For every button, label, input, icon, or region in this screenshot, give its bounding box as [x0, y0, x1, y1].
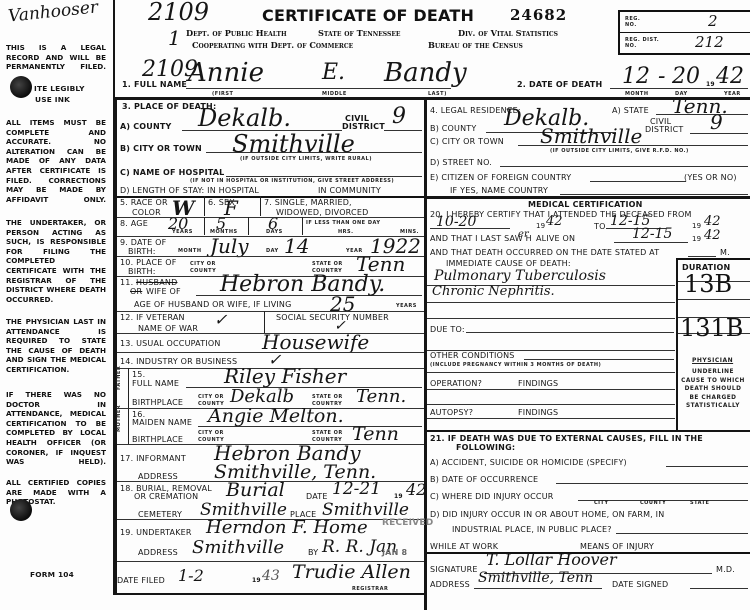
- margin-note: Vanhooser: [7, 0, 99, 27]
- reg-no-label: REG. NO.: [625, 16, 653, 28]
- instruction-physician: THE PHYSICIAN LAST IN ATTENDANCE IS REQU…: [6, 317, 106, 375]
- file-number-top: 2109: [148, 0, 209, 26]
- undertaker-label: 19. UNDERTAKER: [120, 528, 192, 537]
- days-sublabel: DAYS: [266, 229, 283, 235]
- informant-label: 17. INFORMANT: [120, 454, 186, 463]
- header-bureau: Bureau of the Census: [428, 40, 523, 50]
- stay-community-label: IN COMMUNITY: [318, 186, 381, 195]
- immediate-cause-label: IMMEDIATE CAUSE OF DEATH:: [446, 259, 571, 268]
- burial-year: 42: [406, 480, 426, 499]
- dob-label-2: BIRTH:: [128, 247, 156, 256]
- header-dept: Dept. of Public Health: [186, 28, 287, 38]
- form-number: FORM 104: [30, 570, 74, 579]
- injury-place-label: D) DID INJURY OCCUR IN OR ABOUT HOME, ON…: [430, 510, 664, 519]
- accident-label: A) ACCIDENT, SUICIDE OR HOMICIDE (SPECIF…: [430, 458, 627, 467]
- by-label: BY: [308, 548, 318, 557]
- ssn-label: SOCIAL SECURITY NUMBER: [276, 313, 389, 322]
- cemetery-label: CEMETERY: [138, 510, 182, 519]
- spouse-or-struck: OR: [130, 287, 142, 296]
- physician-title: PHYSICIAN: [692, 357, 733, 364]
- spouse-husband-struck: HUSBAND: [136, 278, 177, 287]
- death-district: 9: [392, 104, 406, 129]
- cause-secondary: Chronic Nephritis.: [432, 284, 555, 299]
- date-filed: 1-2: [178, 566, 204, 585]
- injury-state-label: STATE: [690, 500, 709, 506]
- marital-label-2: WIDOWED, DIVORCED: [276, 208, 368, 217]
- instruction-use-ink: USE INK: [35, 95, 70, 104]
- spouse-num: 11.: [120, 278, 133, 287]
- veteran-label: 12. IF VETERAN: [120, 313, 185, 322]
- alive-on-label: ALIVE ON: [536, 234, 575, 243]
- punch-hole-icon: [10, 76, 32, 98]
- less-than-day-label: IF LESS THAN ONE DAY: [306, 220, 380, 226]
- father-side-label: FATHER: [116, 366, 122, 390]
- res-county-label: B) COUNTY: [430, 124, 476, 133]
- mother-name-label: MAIDEN NAME: [132, 418, 192, 427]
- header-cooperating: Cooperating with Dept. of Commerce: [192, 40, 353, 50]
- mother-side-label: MOTHER: [116, 405, 122, 432]
- father-birth-city: Dekalb: [230, 386, 294, 407]
- alive-century: 19: [692, 235, 701, 243]
- operation-findings-label: FINDINGS: [518, 379, 558, 388]
- spouse-name: Hebron Bandy.: [220, 272, 385, 297]
- res-city-note: (IF OUTSIDE CITY LIMITS, GIVE R.F.D. NO.…: [550, 148, 689, 154]
- filed-century: 19: [252, 577, 261, 584]
- pob-label: 10. PLACE OF: [120, 258, 177, 267]
- other-conditions-label: OTHER CONDITIONS: [430, 351, 515, 360]
- instruction-undertaker: THE UNDERTAKER, OR PERSON ACTING AS SUCH…: [6, 218, 106, 304]
- md-label: M.D.: [716, 565, 735, 574]
- burial-date: 12-21: [332, 479, 381, 499]
- dob-day-label: DAY: [266, 248, 279, 254]
- page-title: CERTIFICATE OF DEATH: [262, 6, 474, 25]
- occupation-label: 13. USUAL OCCUPATION: [120, 339, 221, 348]
- hrs-sublabel: HRS.: [338, 229, 354, 235]
- undertaker-address: Smithville: [192, 537, 284, 558]
- father-num: 15.: [132, 370, 145, 379]
- death-day: 20: [672, 64, 700, 89]
- physician-address-label: ADDRESS: [430, 580, 470, 589]
- pob-state-label: STATE OR: [312, 261, 343, 267]
- occurred-label: AND THAT DEATH OCCURRED ON THE DATE STAT…: [430, 248, 659, 257]
- last-saw-pronoun: er: [518, 229, 529, 240]
- instruction-legal-record: THIS IS A LEGAL RECORD AND WILL BE PERMA…: [6, 43, 106, 72]
- first-name: Annie: [188, 58, 264, 88]
- physician-signature: T. Lollar Hoover: [486, 550, 617, 569]
- reg-no-value: 2: [708, 12, 718, 30]
- received-stamp: RECEIVED: [382, 518, 433, 528]
- from-year: 42: [546, 214, 563, 229]
- cremation-label: OR CREMATION: [134, 492, 198, 501]
- date-of-death-label: 2. DATE OF DEATH: [517, 80, 602, 89]
- pob-county-label: COUNTY: [190, 268, 216, 274]
- from-century: 19: [536, 222, 545, 230]
- industry-label: 14. INDUSTRY OR BUSINESS: [120, 357, 237, 366]
- autopsy-findings-label: FINDINGS: [518, 408, 558, 417]
- city-note: (IF OUTSIDE CITY LIMITS, WRITE RURAL): [240, 156, 372, 162]
- res-district: 9: [710, 110, 723, 134]
- race-label: 5. RACE OR: [120, 198, 168, 207]
- citizen-label: E) CITIZEN OF FOREIGN COUNTRY: [430, 173, 571, 182]
- hospital-label: C) NAME OF HOSPITAL: [120, 168, 224, 177]
- injury-city-label: CITY: [594, 500, 609, 506]
- death-county: Dekalb.: [198, 104, 291, 132]
- certificate-number: 24682: [510, 6, 567, 24]
- registrar-label: REGISTRAR: [352, 586, 388, 592]
- dob-month-label: MONTH: [178, 248, 202, 254]
- age-label: 8. AGE: [120, 219, 148, 228]
- spouse-years-label: YEARS: [396, 303, 417, 309]
- length-of-stay-label: D) LENGTH OF STAY: IN HOSPITAL: [120, 186, 259, 195]
- father-state-label: STATE OR: [312, 394, 343, 400]
- death-year: 42: [716, 64, 744, 89]
- to-year: 42: [704, 214, 721, 229]
- dob-day: 14: [284, 234, 309, 258]
- mother-birthplace-label: BIRTHPLACE: [132, 435, 183, 444]
- physician-address: Smithville, Tenn: [478, 570, 593, 586]
- injury-location-label: C) WHERE DID INJURY OCCUR: [430, 492, 554, 501]
- alive-on: 12-15: [632, 226, 672, 242]
- informant-address-label: ADDRESS: [138, 472, 178, 481]
- death-city: Smithville: [232, 130, 355, 158]
- following-label: FOLLOWING:: [456, 443, 515, 452]
- alive-year: 42: [704, 228, 721, 243]
- jan-stamp: JAN 8: [382, 548, 407, 557]
- father-name-label: FULL NAME: [132, 379, 179, 388]
- res-city-label: C) CITY OR TOWN: [430, 137, 504, 146]
- to-label: TO: [594, 222, 606, 231]
- registrar-name: Trudie Allen: [292, 561, 411, 583]
- war-value: ✓: [214, 310, 227, 329]
- dob-label: 9. DATE OF: [120, 238, 166, 247]
- filed-year: 43: [262, 568, 280, 584]
- mother-name: Angie Melton.: [208, 405, 344, 427]
- marital-label: 7. SINGLE, MARRIED,: [264, 198, 352, 207]
- hospital-note: (IF NOT IN HOSPITAL OR INSTITUTION, GIVE…: [190, 178, 394, 184]
- middle-name: E.: [322, 60, 345, 85]
- burial-century: 19: [394, 493, 403, 500]
- last-name: Bandy: [384, 58, 467, 88]
- to-century: 19: [692, 222, 701, 230]
- war-label: NAME OF WAR: [138, 324, 198, 333]
- father-city-label: CITY OR: [198, 394, 224, 400]
- instructions-column: Vanhooser THIS IS A LEGAL RECORD AND WIL…: [0, 0, 113, 610]
- operation-label: OPERATION?: [430, 379, 482, 388]
- reg-dist-label: REG. DIST. NO.: [625, 37, 665, 49]
- header-state: State of Tennessee: [318, 28, 401, 38]
- due-to-label: DUE TO:: [430, 325, 465, 334]
- dob-month: July: [210, 234, 249, 258]
- death-month: 12: [622, 64, 650, 89]
- cause-primary: Pulmonary Tuberculosis: [434, 268, 606, 284]
- citizen-note: (YES OR NO): [684, 173, 737, 182]
- instruction-write-legibly: ITE LEGIBLY: [34, 84, 85, 93]
- pob-label-2: BIRTH:: [128, 267, 156, 276]
- disposition: Burial: [226, 479, 285, 501]
- physician-note: UNDERLINE CAUSE TO WHICH DEATH SHOULD BE…: [680, 368, 746, 411]
- full-name-label: 1. FULL NAME: [122, 80, 187, 89]
- date-signed-label: DATE SIGNED: [612, 580, 668, 589]
- date-filed-label: DATE FILED: [117, 576, 165, 585]
- instruction-complete-accurate: ALL ITEMS MUST BE COMPLETE AND ACCURATE.…: [6, 118, 106, 204]
- autopsy-label: AUTOPSY?: [430, 408, 473, 417]
- mother-state-label: STATE OR: [312, 430, 343, 436]
- instruction-no-doctor: IF THERE WAS NO DOCTOR IN ATTENDANCE, ME…: [6, 390, 106, 467]
- last-saw-label: AND THAT I LAST SAW H: [430, 234, 532, 243]
- res-district-label: DISTRICT: [645, 125, 683, 134]
- color-label: COLOR: [132, 208, 161, 217]
- injury-place-label-2: INDUSTRIAL PLACE, IN PUBLIC PLACE?: [452, 525, 612, 534]
- mother-city-label: CITY OR: [198, 430, 224, 436]
- injury-county-label: COUNTY: [640, 500, 666, 506]
- medical-cert-title: MEDICAL CERTIFICATION: [528, 200, 643, 209]
- death-city-label: B) CITY OR TOWN: [120, 144, 202, 153]
- father-name: Riley Fisher: [224, 364, 346, 388]
- street-label: D) STREET NO.: [430, 158, 492, 167]
- reg-dist-value: 212: [695, 33, 724, 51]
- res-state-label: A) STATE: [612, 106, 649, 115]
- punch-hole-icon: [10, 499, 32, 521]
- registration-box: REG. NO. 2 REG. DIST. NO. 212: [618, 10, 750, 55]
- father-birth-state: Tenn.: [356, 386, 406, 407]
- file-number-mark: 1: [168, 26, 181, 50]
- external-causes-label: 21. IF DEATH WAS DUE TO EXTERNAL CAUSES,…: [430, 434, 703, 443]
- father-birthplace-label: BIRTHPLACE: [132, 398, 183, 407]
- death-county-label: A) COUNTY: [120, 122, 172, 131]
- header-division: Div. of Vital Statistics: [458, 28, 558, 38]
- signature-label: SIGNATURE: [430, 565, 478, 574]
- years-sublabel: YEARS: [172, 229, 193, 235]
- duration-2: 131B: [680, 314, 743, 342]
- occurrence-date-label: B) DATE OF OCCURRENCE: [430, 475, 538, 484]
- res-city: Smithville: [540, 124, 642, 148]
- duration-1: 13B: [684, 270, 732, 298]
- pob-city-label: CITY OR: [190, 261, 216, 267]
- death-dash: -: [658, 64, 665, 89]
- undertaker-address-label: ADDRESS: [138, 548, 178, 557]
- spouse-label: WIFE OF: [146, 287, 181, 296]
- undertaker-name: Herndon F. Home: [206, 517, 368, 538]
- spouse-age-label: AGE OF HUSBAND OR WIFE, IF LIVING: [134, 300, 292, 309]
- other-note: (INCLUDE PREGNANCY WITHIN 3 MONTHS OF DE…: [430, 362, 601, 368]
- death-century: 19: [706, 81, 715, 88]
- occurred-m: M.: [720, 248, 730, 257]
- country-label: IF YES, NAME COUNTRY: [450, 186, 548, 195]
